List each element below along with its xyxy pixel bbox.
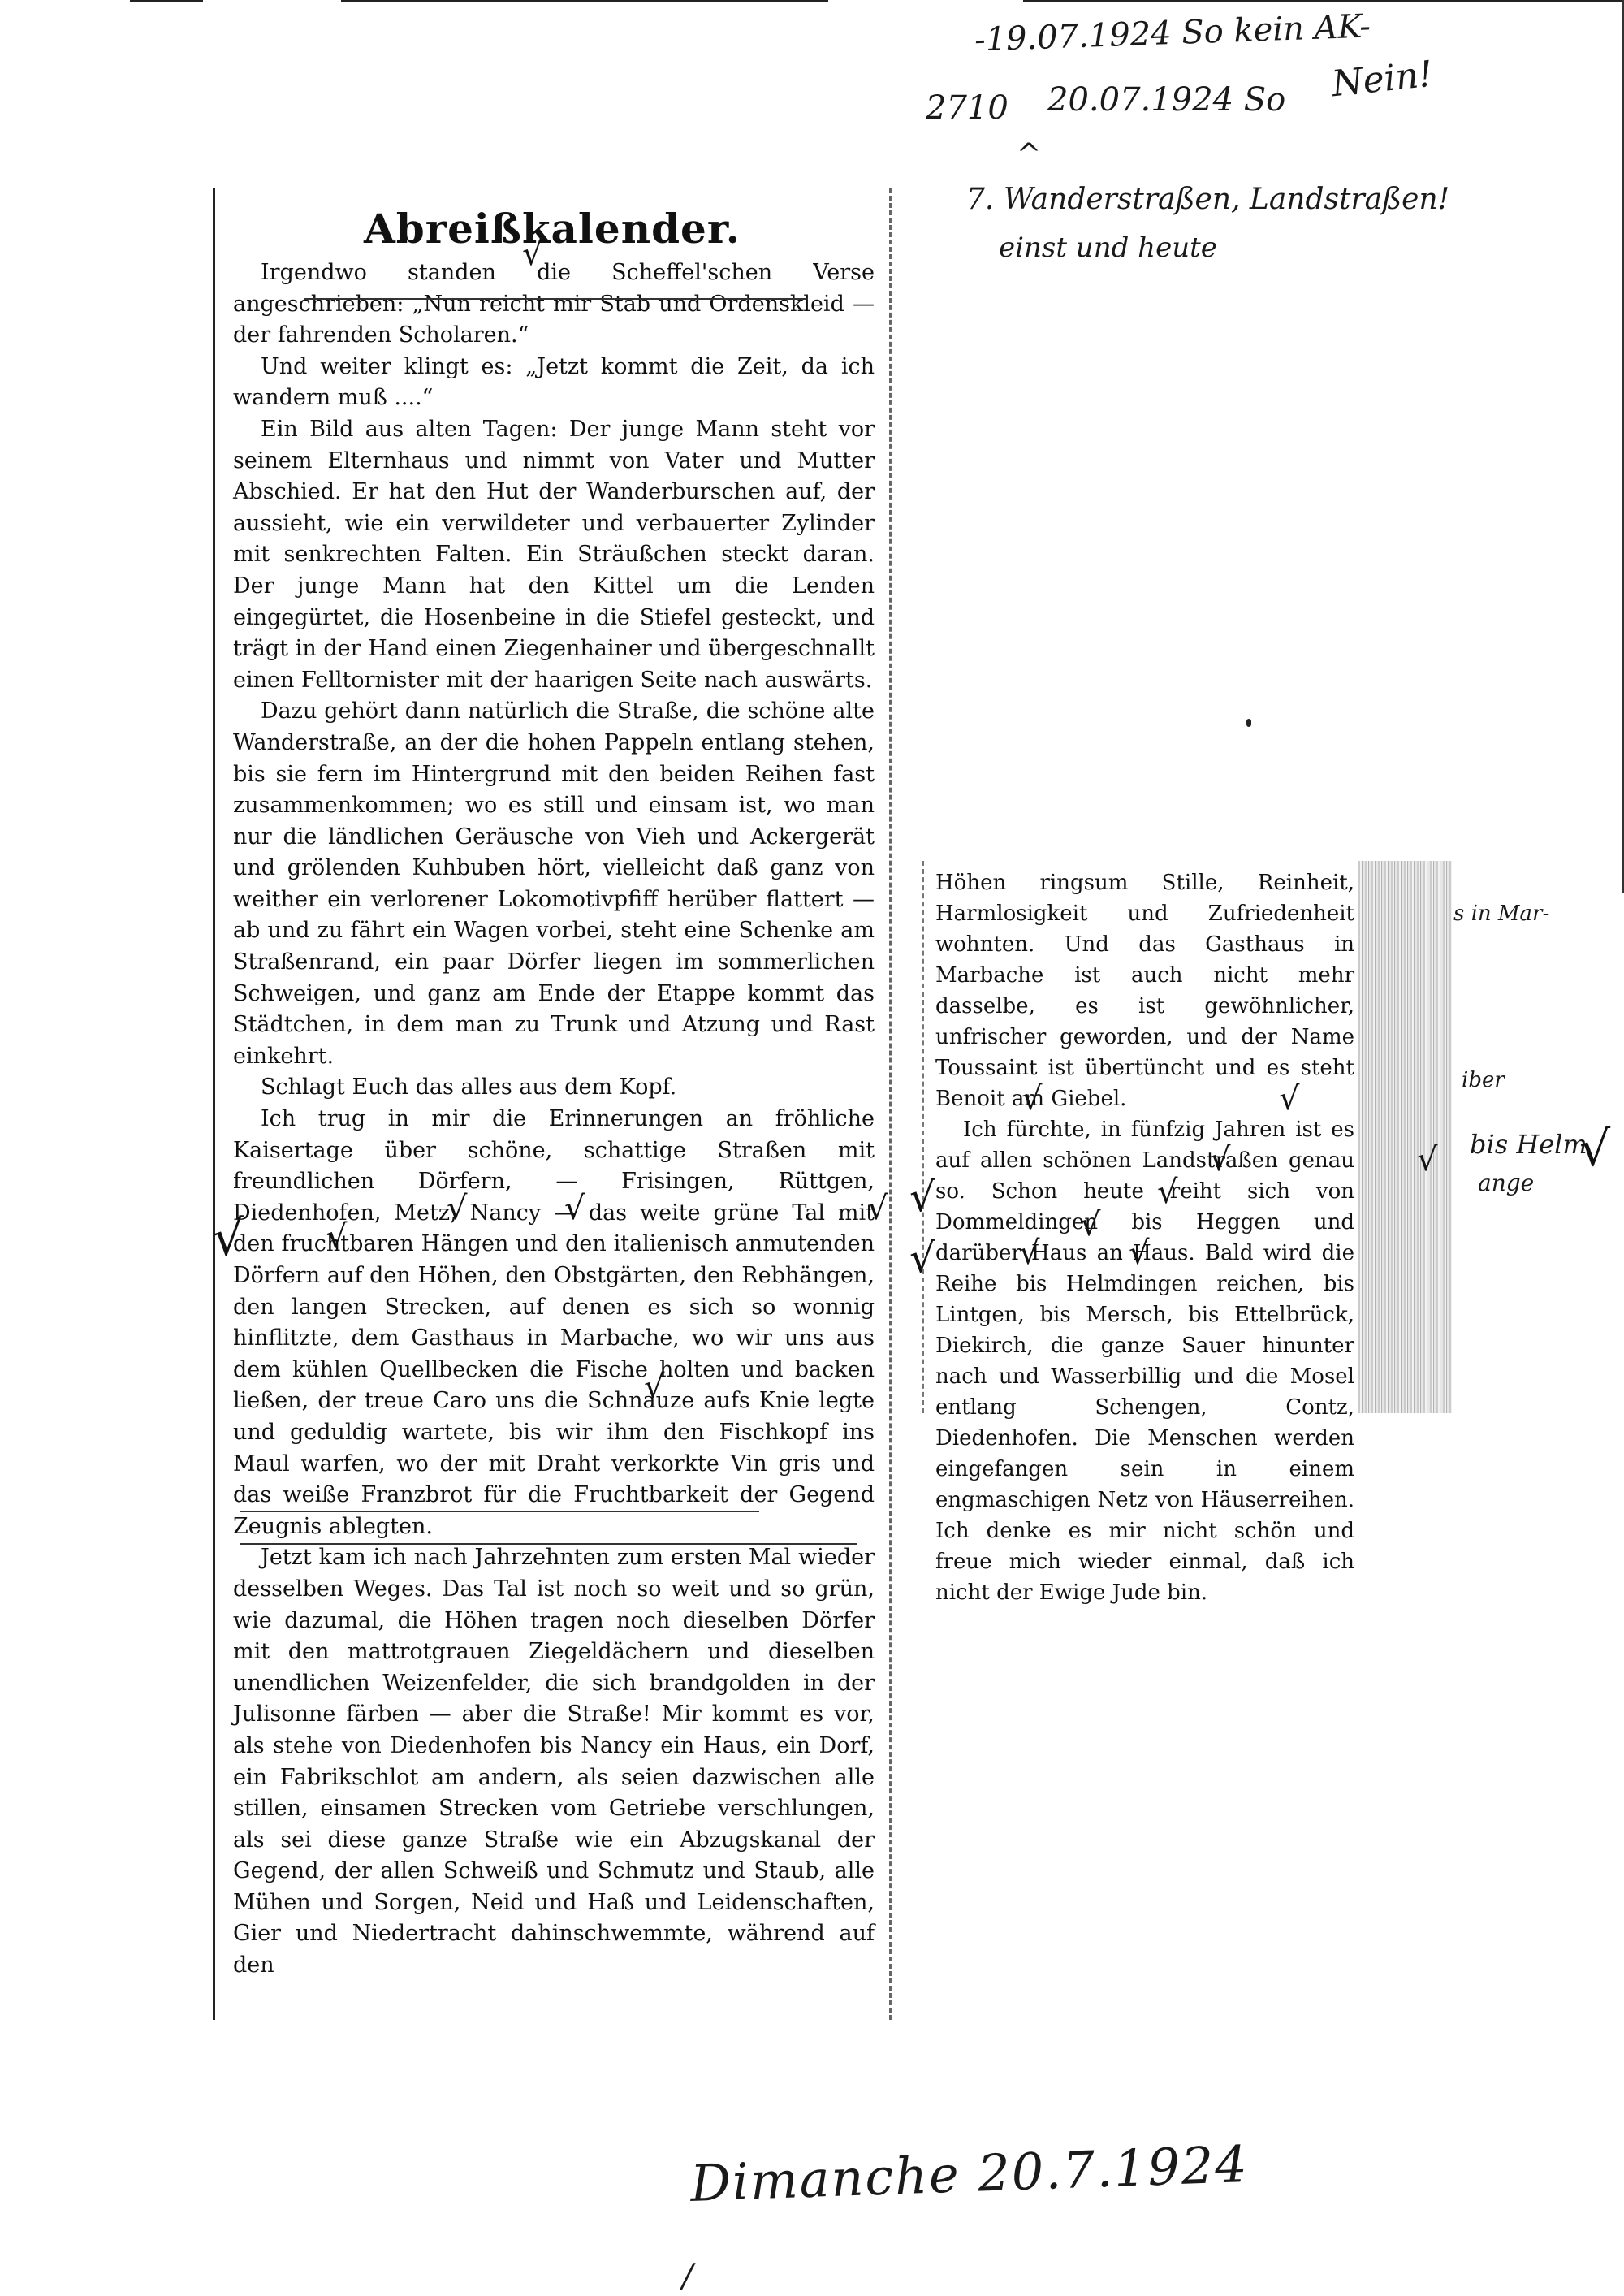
handwritten-caret: ^ — [1017, 138, 1041, 171]
check-mark-icon: √ — [1019, 1234, 1040, 1272]
margin-note: ange — [1478, 1170, 1534, 1196]
article-title: Abreißkalender. — [215, 205, 889, 253]
check-mark-icon: √ — [644, 1369, 665, 1406]
check-mark-icon: √ — [1417, 1141, 1438, 1178]
handwritten-archive-number: 2710 — [926, 89, 1009, 127]
article-paragraph: Jetzt kam ich nach Jahrzehnten zum erste… — [233, 1542, 875, 1981]
article-paragraph: Ich fürchte, in fünfzig Jahren ist es au… — [935, 1114, 1354, 1608]
scan-top-edge — [130, 0, 203, 2]
check-mark-icon: √ — [564, 1190, 585, 1227]
handwritten-date-1: -19.07.1924 So kein AK- — [974, 7, 1371, 58]
scan-top-edge — [1023, 0, 1624, 2]
article-paragraph: Ich trug in mir die Erinnerungen an fröh… — [233, 1104, 875, 1542]
handwritten-topic-line-2: einst und heute — [999, 231, 1217, 264]
check-mark-icon: √ — [867, 1190, 888, 1227]
check-mark-icon: √ — [1279, 1080, 1300, 1118]
scan-top-edge — [341, 0, 828, 2]
article-paragraph: Und weiter klingt es: „Jetzt kommt die Z… — [233, 352, 875, 414]
check-mark-icon: √ — [1579, 1121, 1610, 1178]
margin-note: iber — [1462, 1068, 1505, 1092]
pen-underline — [304, 298, 808, 300]
check-mark-icon: √ — [1157, 1174, 1178, 1211]
pen-stroke: / — [682, 2258, 693, 2295]
check-mark-icon: √ — [909, 1234, 935, 1282]
article-paragraph: Schlagt Euch das alles aus dem Kopf. — [233, 1072, 875, 1104]
pen-strikethrough — [240, 1511, 759, 1512]
newspaper-clipping-left: Abreißkalender. Irgendwo standen die Sch… — [213, 188, 892, 2020]
article-paragraph: Irgendwo standen die Scheffel'schen Vers… — [233, 257, 875, 352]
article-paragraph: Ein Bild aus alten Tagen: Der junge Mann… — [233, 414, 875, 696]
handwritten-date-2: 20.07.1924 So — [1047, 81, 1285, 119]
margin-note: bis Helm — [1470, 1129, 1587, 1160]
check-mark-icon: √ — [1080, 1206, 1101, 1243]
check-mark-icon: √ — [1210, 1141, 1231, 1178]
handwritten-exclaim: Nein! — [1330, 54, 1435, 106]
check-mark-icon: √ — [213, 1210, 244, 1267]
check-mark-icon: √ — [909, 1174, 935, 1221]
article-paragraph: Höhen ringsum Stille, Reinheit, Harmlosi… — [935, 867, 1354, 1114]
ink-speck — [1246, 719, 1251, 727]
newspaper-clipping-right: Höhen ringsum Stille, Reinheit, Harmlosi… — [922, 861, 1452, 1413]
check-mark-icon: √ — [522, 236, 543, 273]
check-mark-icon: √ — [1129, 1234, 1150, 1272]
check-mark-icon: √ — [1021, 1080, 1043, 1118]
check-mark-icon: √ — [326, 1218, 348, 1256]
scan-noise-strip — [1358, 861, 1452, 1413]
check-mark-icon: √ — [447, 1190, 468, 1227]
margin-note: s in Mar- — [1453, 902, 1549, 926]
handwritten-publication-date: Dimanche 20.7.1924 — [689, 2134, 1250, 2213]
pen-strikethrough — [240, 1543, 857, 1545]
handwritten-topic-line-1: 7. Wanderstraßen, Landstraßen! — [966, 183, 1449, 216]
article-paragraph: Dazu gehört dann natürlich die Straße, d… — [233, 696, 875, 1072]
